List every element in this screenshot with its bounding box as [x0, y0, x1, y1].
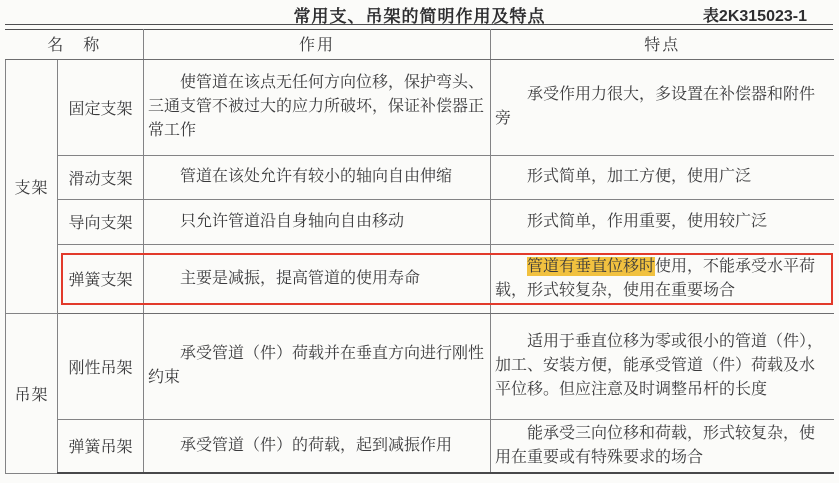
table-row: 吊架 刚性吊架 承受管道（件）荷载并在垂直方向进行刚性约束 适用于垂直位移为零或…: [6, 313, 834, 419]
row-name: 滑动支架: [58, 155, 144, 199]
title-band: 常用支、吊架的简明作用及特点 表2K315023-1: [0, 1, 839, 25]
table-row-spring-support: 弹簧支架 主要是减振，提高管道的使用寿命 管道有垂直位移时使用，不能承受水平荷载…: [6, 244, 834, 313]
table-row: 弹簧吊架 承受管道（件）的荷载，起到减振作用 能承受三向位移和荷载，形式较复杂，…: [6, 419, 834, 473]
row-function: 只允许管道沿自身轴向自由移动: [144, 199, 491, 244]
header-name: 名 称: [6, 29, 144, 59]
row-function: 使管道在该点无任何方向位移，保护弯头、三通支管不被过大的应力所破坏，保证补偿器正…: [144, 59, 491, 155]
table-row: 导向支架 只允许管道沿自身轴向自由移动 形式简单，作用重要，使用较广泛: [6, 199, 834, 244]
row-feature: 管道有垂直位移时使用，不能承受水平荷载，形式较复杂，使用在重要场合: [491, 244, 834, 313]
row-feature: 形式简单，加工方便，使用广泛: [491, 155, 834, 199]
row-feature: 能承受三向位移和荷载，形式较复杂，使用在重要或有特殊要求的场合: [491, 419, 834, 473]
table-top-rule-outer: [5, 24, 833, 25]
category-diaojia: 吊架: [6, 313, 58, 473]
row-feature: 承受作用力很大，多设置在补偿器和附件旁: [491, 59, 834, 155]
row-function: 主要是减振，提高管道的使用寿命: [144, 244, 491, 313]
table-code: 表2K315023-1: [703, 3, 807, 26]
row-function: 承受管道（件）的荷载，起到减振作用: [144, 419, 491, 473]
row-name: 固定支架: [58, 59, 144, 155]
row-function: 管道在该处允许有较小的轴向自由伸缩: [144, 155, 491, 199]
header-feature: 特点: [491, 29, 834, 59]
highlight-mark: 管道有垂直位移时: [527, 257, 655, 276]
table-row: 支架 固定支架 使管道在该点无任何方向位移，保护弯头、三通支管不被过大的应力所破…: [6, 59, 834, 155]
table-row: 滑动支架 管道在该处允许有较小的轴向自由伸缩 形式简单，加工方便，使用广泛: [6, 155, 834, 199]
row-name: 导向支架: [58, 199, 144, 244]
row-function: 承受管道（件）荷载并在垂直方向进行刚性约束: [144, 313, 491, 419]
document-page: 常用支、吊架的简明作用及特点 表2K315023-1 名 称 作用 特点 支架 …: [0, 0, 839, 483]
header-function: 作用: [144, 29, 491, 59]
row-name: 弹簧支架: [58, 244, 144, 313]
row-feature: 适用于垂直位移为零或很小的管道（件），加工、安装方便，能承受管道（件）荷载及水平…: [491, 313, 834, 419]
table-header-row: 名 称 作用 特点: [6, 29, 834, 59]
category-zhijia: 支架: [6, 59, 58, 313]
row-name: 弹簧吊架: [58, 419, 144, 473]
row-feature: 形式简单，作用重要，使用较广泛: [491, 199, 834, 244]
supports-hangers-table: 名 称 作用 特点 支架 固定支架 使管道在该点无任何方向位移，保护弯头、三通支…: [5, 29, 834, 474]
row-name: 刚性吊架: [58, 313, 144, 419]
